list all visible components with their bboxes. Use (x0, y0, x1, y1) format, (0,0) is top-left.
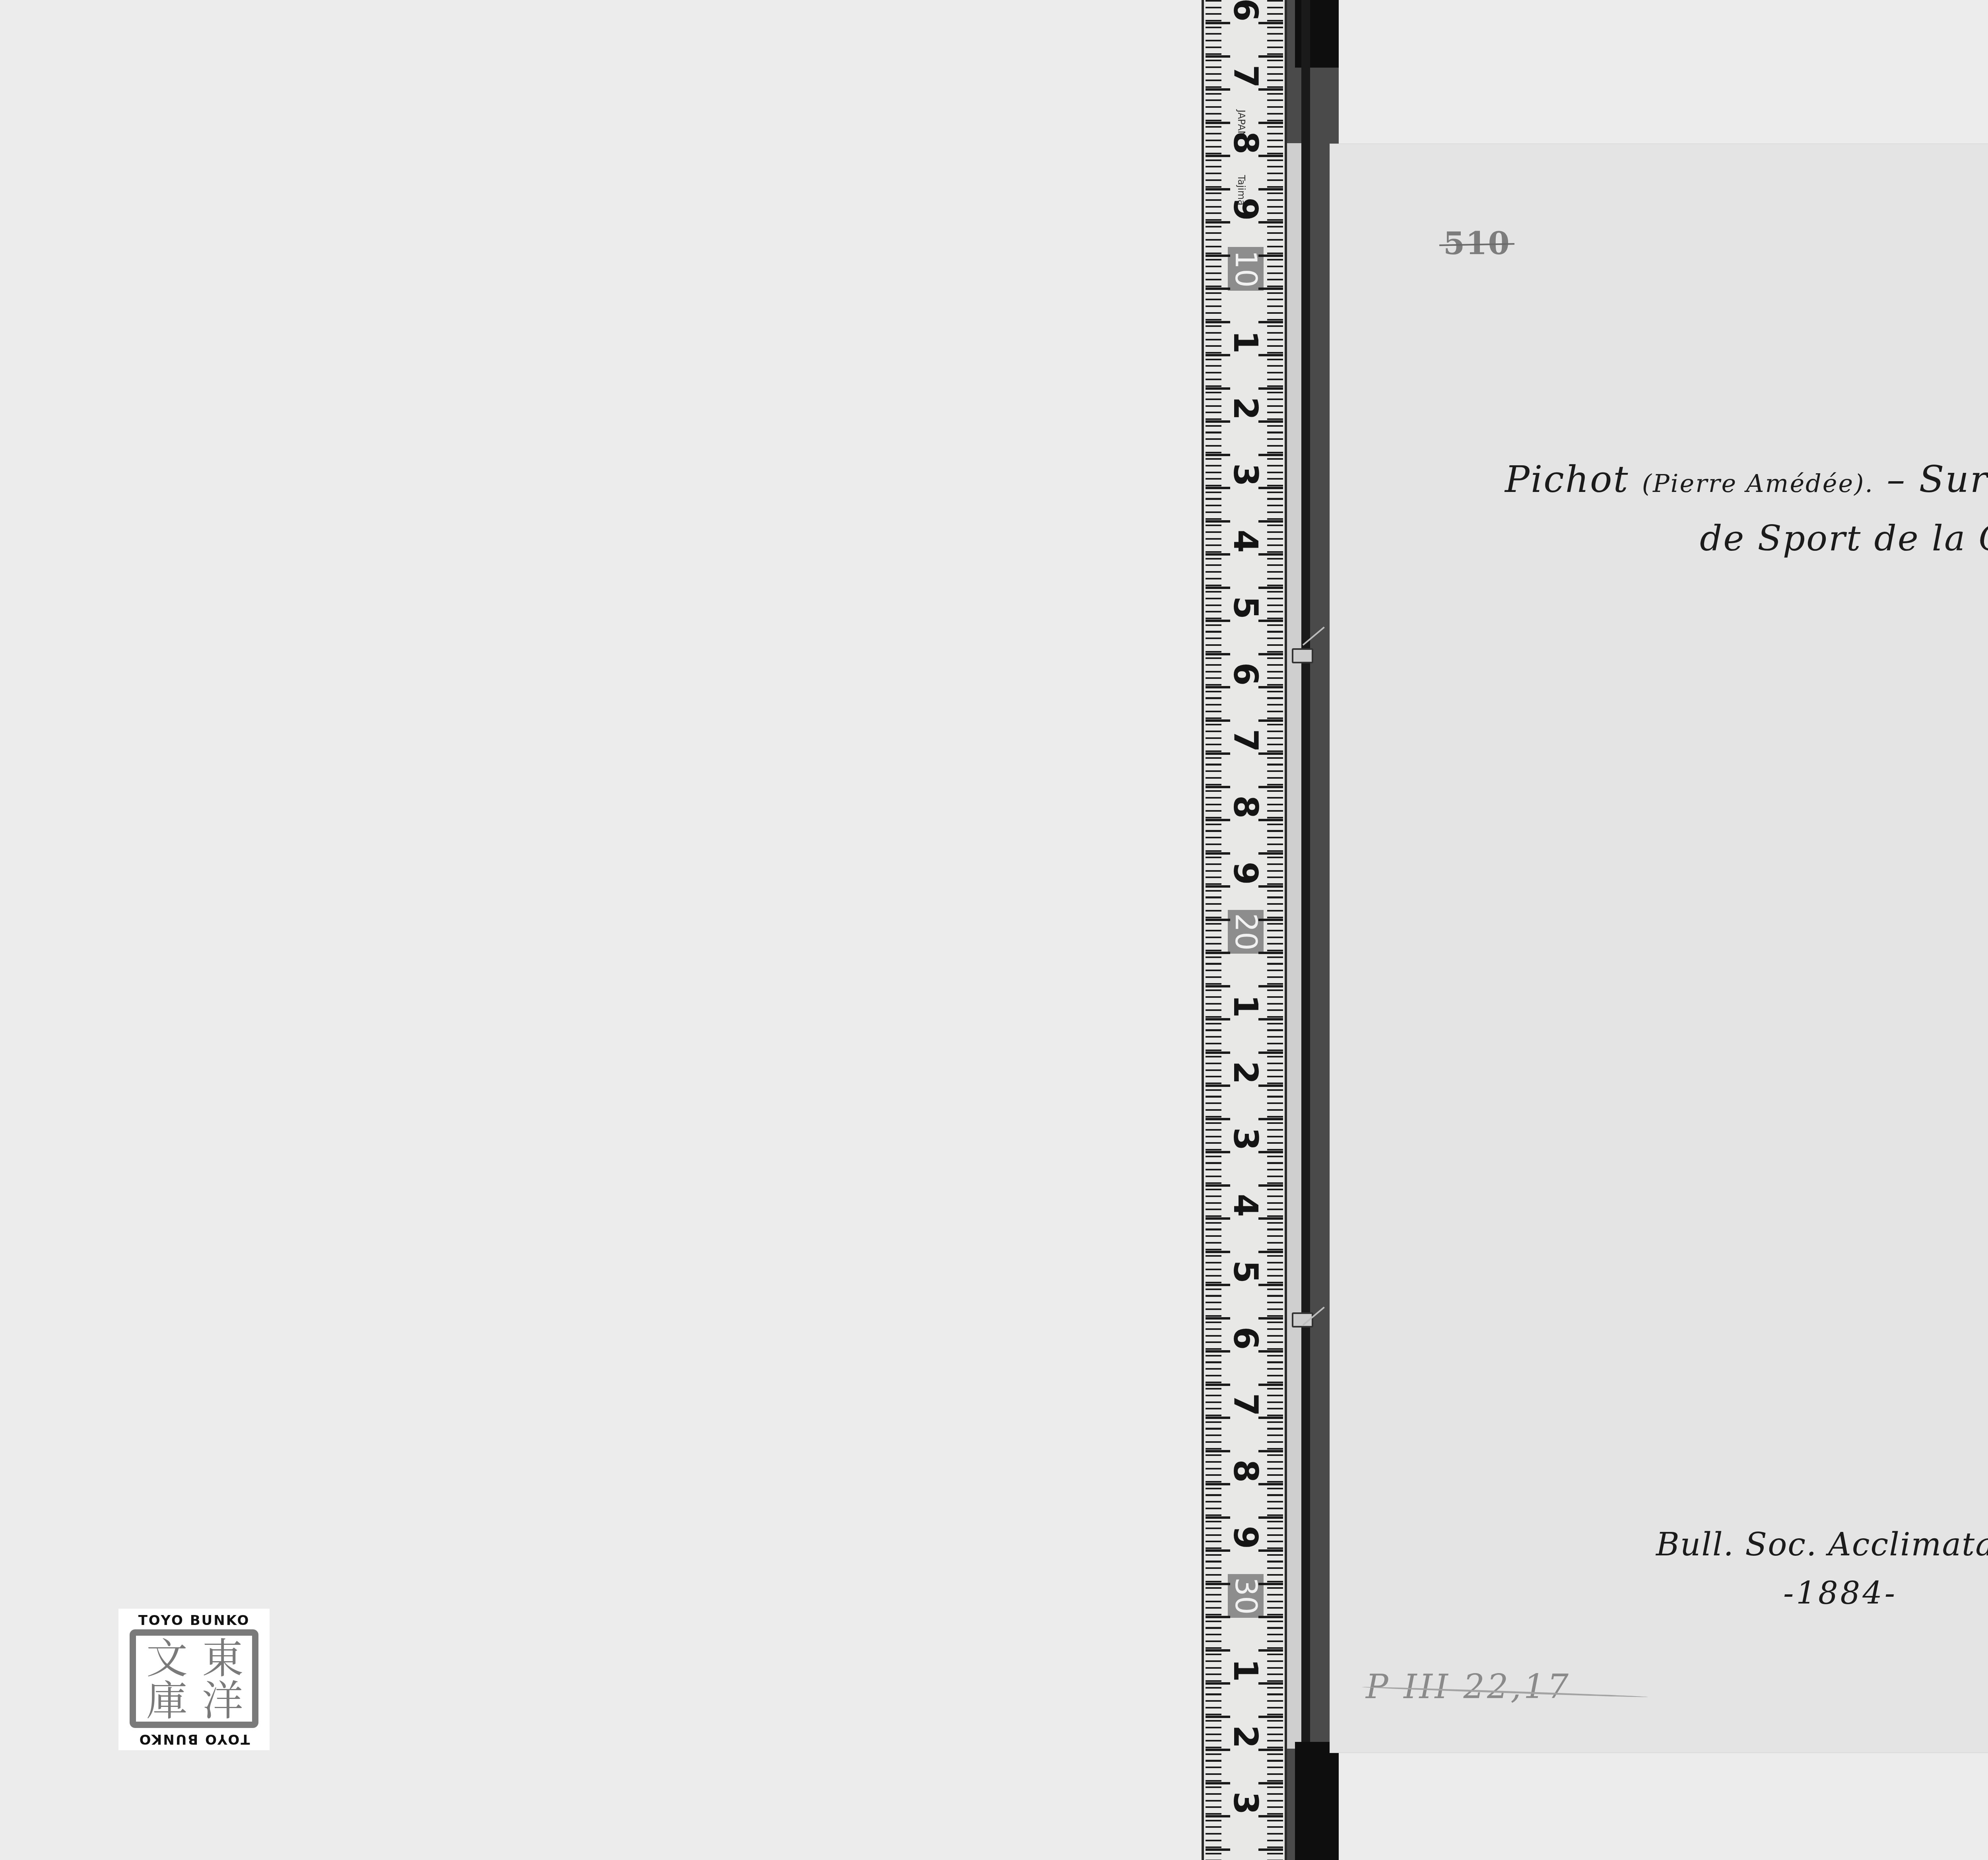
ruler-major-tick (1206, 952, 1230, 954)
ruler-major-tick (1258, 819, 1283, 821)
ruler-major-tick (1258, 919, 1283, 921)
ruler-major-tick (1206, 188, 1230, 190)
document-page: 510 506 Pichot (Pierre Amédée). – Sur le… (1330, 144, 1988, 1753)
ruler-major-tick (1206, 1583, 1230, 1585)
ruler-cm-label: 7 (1228, 54, 1264, 98)
ruler-cm-label: 3 (1228, 1781, 1264, 1825)
ruler-major-tick (1206, 1483, 1230, 1485)
ruler-major-tick (1206, 1450, 1230, 1452)
seal-char-letter: 文 (139, 1638, 195, 1679)
ruler-major-tick (1206, 885, 1230, 888)
title-line-1: Pichot (Pierre Amédée). – Sur les Oiseau… (1505, 458, 1988, 501)
ruler-major-tick (1258, 88, 1283, 91)
ruler-major-tick (1206, 985, 1230, 987)
ruler-cm-label: 5 (1228, 586, 1264, 630)
ruler-major-tick (1258, 55, 1283, 58)
ruler-major-tick (1258, 786, 1283, 788)
ruler-major-tick (1206, 1384, 1230, 1386)
ruler-major-tick (1206, 88, 1230, 91)
ruler-major-tick (1206, 1350, 1230, 1353)
ruler-mm-ticks-left (1206, 0, 1221, 1860)
ruler-cm-label: 1 (1228, 320, 1264, 364)
ruler-major-tick (1206, 1118, 1230, 1120)
ruler-major-tick (1258, 852, 1283, 855)
ruler-major-tick (1258, 1217, 1283, 1220)
binding-clip-bottom (1295, 1742, 1339, 1860)
ruler-major-tick (1206, 221, 1230, 224)
ruler-major-tick (1258, 1350, 1283, 1353)
ruler-major-tick (1258, 22, 1283, 24)
ruler-major-tick (1258, 1317, 1283, 1320)
ruler-major-tick (1206, 1417, 1230, 1419)
ruler-cm-label: 10 (1228, 247, 1264, 291)
seal-char-east: 東 (195, 1638, 250, 1679)
ruler-major-tick (1206, 1848, 1230, 1851)
ruler-major-tick (1206, 786, 1230, 788)
ruler-cm-label: 8 (1228, 785, 1264, 829)
ruler-major-tick (1258, 122, 1283, 124)
ruler-major-tick (1258, 354, 1283, 356)
ruler-major-tick (1258, 188, 1283, 190)
toyo-bunko-logo-bottom-left: TOYO BUNKO 東 洋 文 庫 TOYO BUNKO (118, 1609, 270, 1750)
ruler-major-tick (1206, 321, 1230, 323)
ruler-cm-label: 9 (1228, 187, 1264, 231)
ruler-major-tick (1258, 487, 1283, 489)
ruler-major-tick (1258, 1483, 1283, 1485)
ruler-cm-label: 30 (1228, 1574, 1264, 1618)
seal-char-storehouse: 庫 (139, 1680, 195, 1722)
ruler-major-tick (1206, 1018, 1230, 1020)
ruler-major-tick (1258, 1549, 1283, 1552)
ruler-major-tick (1206, 1317, 1230, 1320)
ruler-major-tick (1206, 1815, 1230, 1817)
ruler-major-tick (1206, 55, 1230, 58)
ruler-cm-label: 9 (1228, 1516, 1264, 1559)
ruler-cm-label: 6 (1228, 652, 1264, 696)
ruler-cm-label: 8 (1228, 1449, 1264, 1493)
ruler-major-tick (1258, 719, 1283, 722)
ruler-major-tick (1206, 1151, 1230, 1153)
ruler-cm-label: 20 (1228, 910, 1264, 954)
ruler-major-tick (1206, 1085, 1230, 1087)
ruler-major-tick (1206, 620, 1230, 622)
ruler-major-tick (1258, 1085, 1283, 1087)
ruler-major-tick (1258, 454, 1283, 456)
ruler-major-tick (1206, 520, 1230, 523)
ruler-major-tick (1206, 686, 1230, 688)
old-catalog-number: 510 (1443, 225, 1510, 262)
ruler-cm-label: 4 (1228, 1184, 1264, 1227)
measuring-tape: Tajima JAPAN 678910123456789201234567893… (1202, 0, 1287, 1860)
ruler-cm-label: 3 (1228, 1117, 1264, 1161)
ruler-cm-label: 9 (1228, 851, 1264, 895)
ruler-major-tick (1206, 122, 1230, 124)
ruler-major-tick (1206, 22, 1230, 24)
ruler-major-tick (1258, 553, 1283, 556)
ruler-major-tick (1206, 1516, 1230, 1519)
ruler-major-tick (1258, 752, 1283, 755)
ruler-major-tick (1206, 1251, 1230, 1253)
ruler-major-tick (1206, 1749, 1230, 1751)
ruler-major-tick (1206, 752, 1230, 755)
binding-spine (1301, 0, 1310, 1860)
ruler-major-tick (1206, 255, 1230, 257)
ruler-cm-label: 5 (1228, 1250, 1264, 1294)
ruler-cm-label: 7 (1228, 719, 1264, 762)
ruler-major-tick (1258, 1184, 1283, 1187)
title-line-2: de Sport de la Chine. (1700, 518, 1988, 559)
ruler-major-tick (1258, 587, 1283, 589)
ruler-major-tick (1206, 653, 1230, 655)
ruler-major-tick (1206, 1549, 1230, 1552)
binding-page-edge (1287, 143, 1301, 1749)
ruler-major-tick (1206, 155, 1230, 157)
ruler-major-tick (1206, 1184, 1230, 1187)
ruler-major-tick (1258, 1051, 1283, 1054)
ruler-mm-ticks-right (1267, 0, 1283, 1860)
ruler-major-tick (1258, 952, 1283, 954)
ruler-major-tick (1258, 520, 1283, 523)
ruler-major-tick (1258, 1118, 1283, 1120)
ruler-major-tick (1258, 653, 1283, 655)
ruler-major-tick (1206, 288, 1230, 290)
ruler-major-tick (1206, 852, 1230, 855)
ruler-major-tick (1258, 387, 1283, 390)
ruler-major-tick (1258, 1284, 1283, 1286)
ruler-major-tick (1206, 587, 1230, 589)
ruler-major-tick (1258, 1583, 1283, 1585)
ruler-cm-label: 2 (1228, 1051, 1264, 1094)
ruler-major-tick (1258, 1516, 1283, 1519)
ruler-cm-label: 2 (1228, 387, 1264, 430)
ruler-major-tick (1258, 1251, 1283, 1253)
ruler-major-tick (1206, 1782, 1230, 1784)
ruler-major-tick (1258, 1716, 1283, 1718)
ruler-major-tick (1206, 553, 1230, 556)
ruler-cm-label: 6 (1228, 0, 1264, 32)
ruler-cm-label: 1 (1228, 1648, 1264, 1692)
ruler-major-tick (1206, 420, 1230, 423)
ruler-major-tick (1258, 1616, 1283, 1618)
ruler-major-tick (1258, 1848, 1283, 1851)
ruler-major-tick (1258, 1450, 1283, 1452)
ruler-major-tick (1206, 919, 1230, 921)
ruler-major-tick (1258, 1151, 1283, 1153)
ruler-major-tick (1258, 288, 1283, 290)
ruler-major-tick (1206, 454, 1230, 456)
ruler-cm-label: 4 (1228, 519, 1264, 563)
ruler-major-tick (1258, 420, 1283, 423)
ruler-major-tick (1258, 1682, 1283, 1685)
ruler-major-tick (1258, 620, 1283, 622)
ruler-major-tick (1258, 1749, 1283, 1751)
logo-bottom-text: TOYO BUNKO (118, 1731, 270, 1747)
ruler-major-tick (1206, 354, 1230, 356)
ruler-major-tick (1258, 1815, 1283, 1817)
ruler-major-tick (1258, 1018, 1283, 1020)
publication-year: -1884- (1783, 1576, 1897, 1611)
pencil-shelfmark: P III 22,17 (1366, 1667, 1571, 1706)
ruler-major-tick (1258, 885, 1283, 888)
ruler-major-tick (1258, 1782, 1283, 1784)
ruler-major-tick (1258, 155, 1283, 157)
ruler-major-tick (1206, 719, 1230, 722)
binding-stitch (1292, 648, 1313, 663)
ruler-cm-label: 7 (1228, 1383, 1264, 1427)
ruler-major-tick (1258, 686, 1283, 688)
ruler-major-tick (1258, 1417, 1283, 1419)
ruler-major-tick (1258, 1384, 1283, 1386)
source-journal: Bull. Soc. Acclimatation (1656, 1526, 1988, 1563)
ruler-major-tick (1258, 985, 1283, 987)
ruler-cm-label: 6 (1228, 1316, 1264, 1360)
logo-top-text: TOYO BUNKO (118, 1613, 270, 1629)
ruler-major-tick (1258, 221, 1283, 224)
ruler-major-tick (1206, 1716, 1230, 1718)
ruler-major-tick (1206, 1682, 1230, 1685)
ruler-major-tick (1206, 819, 1230, 821)
ruler-major-tick (1206, 387, 1230, 390)
ruler-cm-label: 2 (1228, 1715, 1264, 1759)
ruler-major-tick (1206, 1649, 1230, 1652)
author-given-names: (Pierre Amédée). (1642, 469, 1874, 498)
title-start: – Sur les Oiseaux (1887, 458, 1988, 501)
ruler-cm-label: 3 (1228, 453, 1264, 497)
ruler-major-tick (1206, 1051, 1230, 1054)
ruler-cm-label: 1 (1228, 984, 1264, 1028)
ruler-major-tick (1206, 1616, 1230, 1618)
ruler-major-tick (1258, 1649, 1283, 1652)
seal-char-ocean: 洋 (195, 1680, 250, 1722)
logo-seal: 東 洋 文 庫 (130, 1629, 258, 1728)
ruler-major-tick (1206, 487, 1230, 489)
ruler-major-tick (1206, 1284, 1230, 1286)
author-surname: Pichot (1505, 458, 1629, 501)
ruler-major-tick (1206, 1217, 1230, 1220)
ruler-cm-label: 8 (1228, 121, 1264, 165)
ruler-major-tick (1258, 255, 1283, 257)
ruler-major-tick (1258, 321, 1283, 323)
